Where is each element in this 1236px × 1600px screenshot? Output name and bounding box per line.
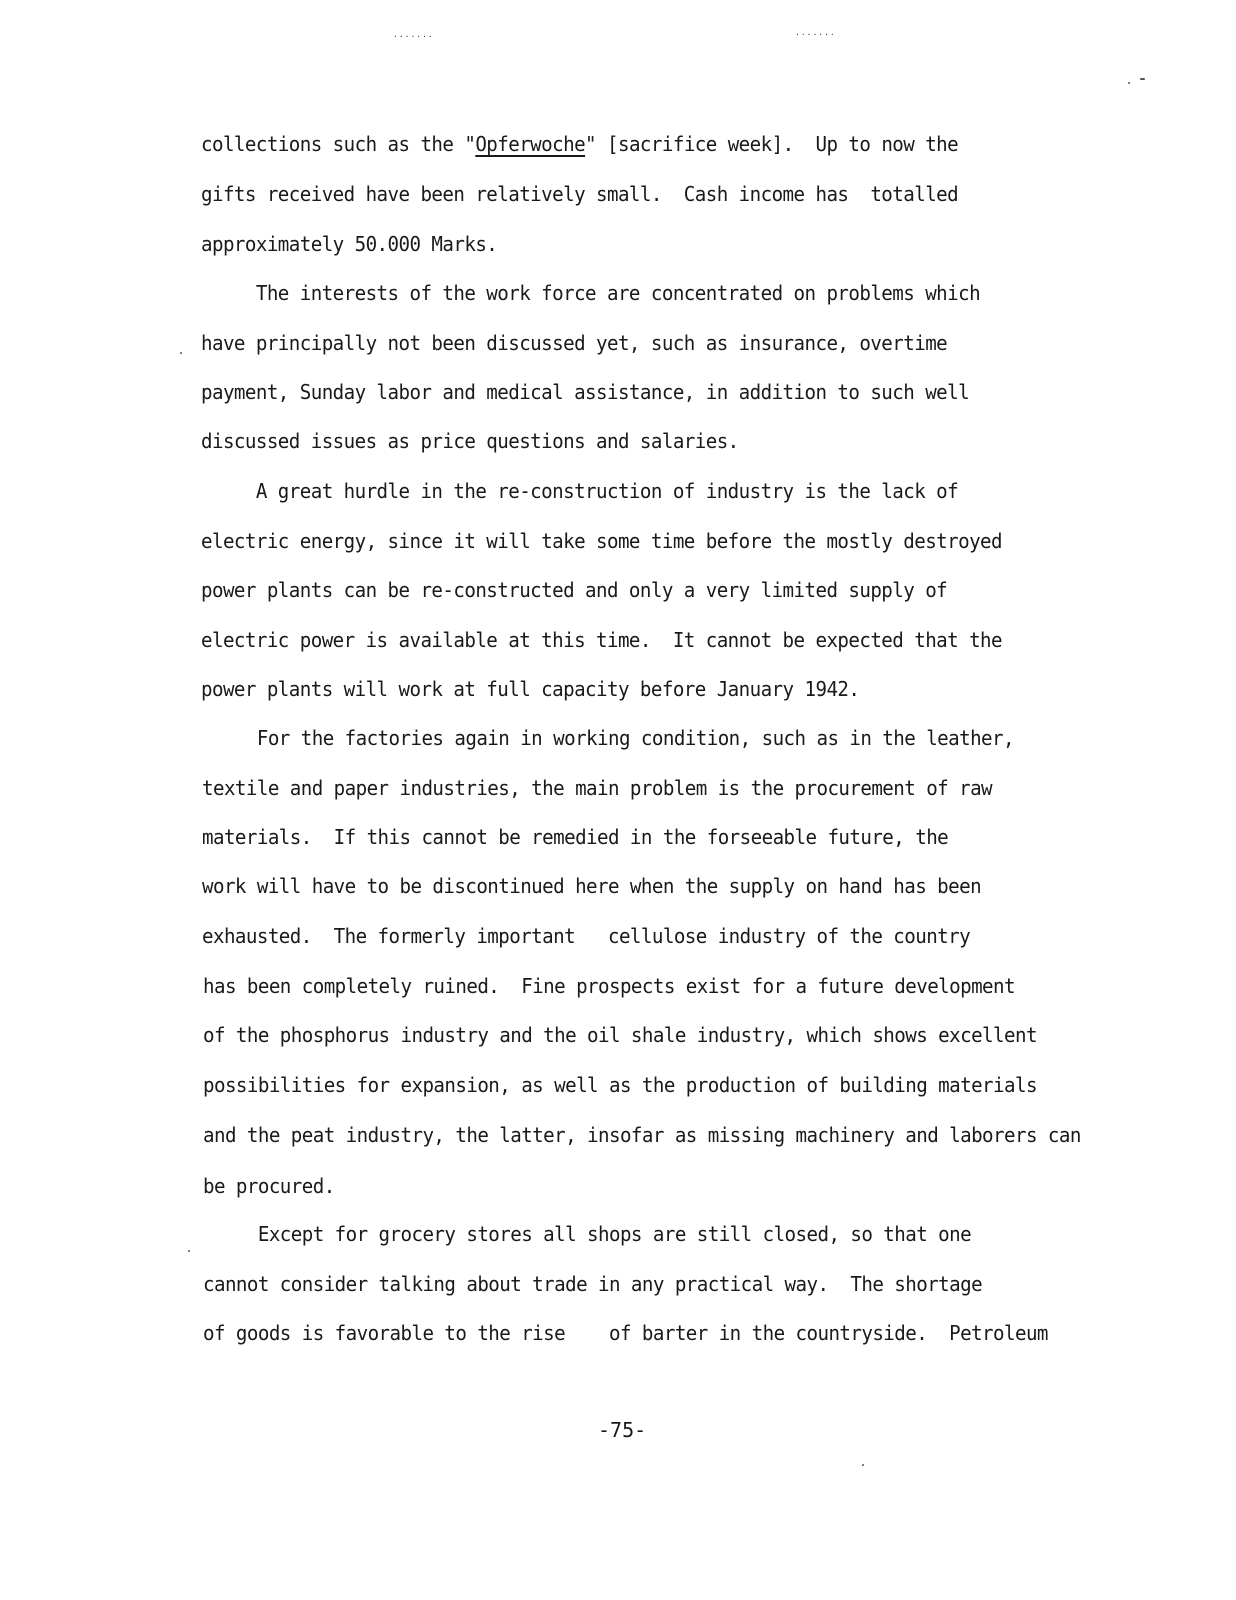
text-line-15: materials. If this cannot be remedied in… <box>202 824 948 850</box>
text-line-24: cannot consider talking about trade in a… <box>203 1271 982 1297</box>
text-line-1: collections such as the "Opferwoche" [sa… <box>201 131 958 157</box>
line-1-post: " [sacrifice week]. Up to now the <box>585 132 958 156</box>
scan-speck <box>1140 78 1145 80</box>
text-line-5: have principally not been discussed yet,… <box>201 330 947 356</box>
text-line-23: Except for grocery stores all shops are … <box>203 1221 971 1247</box>
text-line-19: of the phosphorus industry and the oil s… <box>203 1022 1037 1048</box>
text-line-20: possibilities for expansion, as well as … <box>203 1072 1037 1098</box>
text-line-4: The interests of the work force are conc… <box>201 280 980 306</box>
underlined-term-opferwoche: Opferwoche <box>475 132 585 156</box>
text-line-11: electric power is available at this time… <box>201 627 1002 653</box>
text-line-21: and the peat industry, the latter, insof… <box>203 1122 1081 1148</box>
text-line-16: work will have to be discontinued here w… <box>202 873 981 899</box>
text-line-17: exhausted. The formerly important cellul… <box>202 923 970 949</box>
scan-speck <box>862 1464 864 1466</box>
text-line-22: be procured. <box>203 1173 335 1199</box>
text-line-7: discussed issues as price questions and … <box>201 428 739 454</box>
scan-speck <box>188 1250 190 1252</box>
scan-speck <box>1128 82 1130 84</box>
text-line-25: of goods is favorable to the rise of bar… <box>203 1320 1048 1346</box>
text-line-13: For the factories again in working condi… <box>202 725 1014 751</box>
text-line-2: gifts received have been relatively smal… <box>201 181 958 207</box>
top-mark-left: ....... <box>393 32 434 37</box>
text-line-9: electric energy, since it will take some… <box>201 528 1002 554</box>
document-page: ....... ....... collections such as the … <box>0 0 1236 1600</box>
text-line-10: power plants can be re-constructed and o… <box>201 577 947 603</box>
top-mark-right: ....... <box>795 30 836 35</box>
text-line-18: has been completely ruined. Fine prospec… <box>203 973 1015 999</box>
top-mark-left-text: ....... <box>393 30 434 39</box>
text-line-14: textile and paper industries, the main p… <box>202 775 992 801</box>
scan-speck <box>180 352 182 354</box>
top-mark-right-text: ....... <box>795 28 836 37</box>
page-number: -75- <box>598 1418 646 1442</box>
line-1-pre: collections such as the " <box>201 132 475 156</box>
text-line-12: power plants will work at full capacity … <box>201 676 859 702</box>
text-line-3: approximately 50.000 Marks. <box>201 231 497 257</box>
text-line-6: payment, Sunday labor and medical assist… <box>201 379 969 405</box>
text-line-8: A great hurdle in the re-construction of… <box>201 478 958 504</box>
